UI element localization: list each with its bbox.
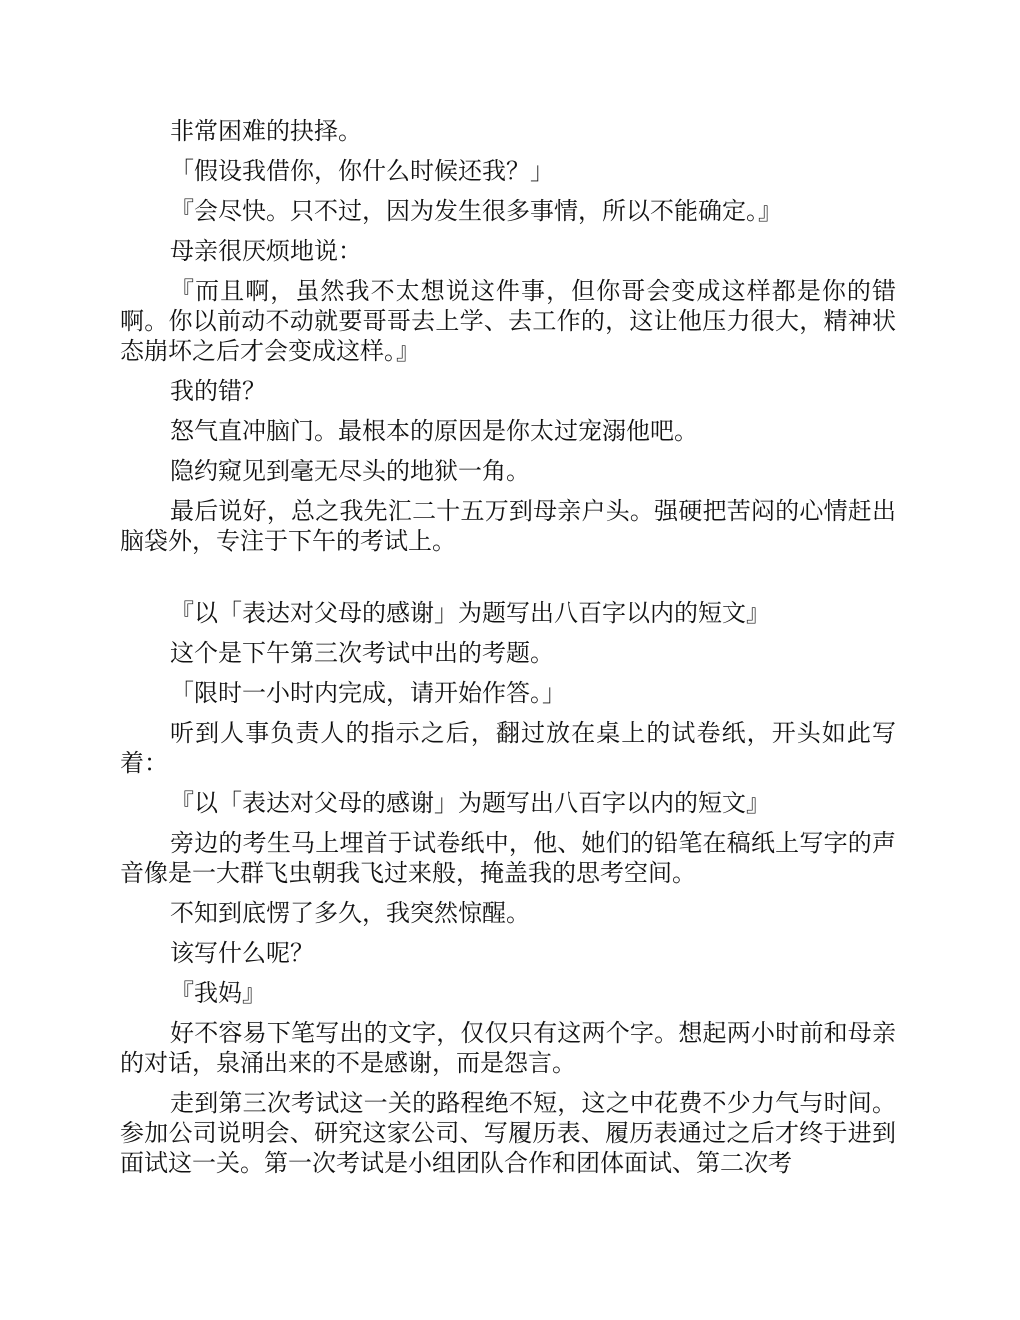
- paragraph: 我的错？: [120, 376, 896, 406]
- paragraph: 『以「表达对父母的感谢」为题写出八百字以内的短文』: [120, 598, 896, 628]
- paragraph: 走到第三次考试这一关的路程绝不短，这之中花费不少力气与时间。参加公司说明会、研究…: [120, 1088, 896, 1178]
- paragraph: 该写什么呢？: [120, 938, 896, 968]
- paragraph: 非常困难的抉择。: [120, 116, 896, 146]
- paragraph: 不知到底愣了多久，我突然惊醒。: [120, 898, 896, 928]
- paragraph: 「限时一小时内完成，请开始作答。」: [120, 678, 896, 708]
- paragraph: 「假设我借你，你什么时候还我？」: [120, 156, 896, 186]
- paragraph: 『而且啊，虽然我不太想说这件事，但你哥会变成这样都是你的错啊。你以前动不动就要哥…: [120, 276, 896, 366]
- paragraph: 『以「表达对父母的感谢」为题写出八百字以内的短文』: [120, 788, 896, 818]
- paragraph: 母亲很厌烦地说：: [120, 236, 896, 266]
- document-page: 非常困难的抉择。 「假设我借你，你什么时候还我？」 『会尽快。只不过，因为发生很…: [120, 116, 896, 1188]
- paragraph: 这个是下午第三次考试中出的考题。: [120, 638, 896, 668]
- paragraph: 隐约窥见到毫无尽头的地狱一角。: [120, 456, 896, 486]
- paragraph: 『我妈』: [120, 978, 896, 1008]
- paragraph: 『会尽快。只不过，因为发生很多事情，所以不能确定。』: [120, 196, 896, 226]
- section-break: [120, 566, 896, 598]
- paragraph: 怒气直冲脑门。最根本的原因是你太过宠溺他吧。: [120, 416, 896, 446]
- paragraph: 好不容易下笔写出的文字，仅仅只有这两个字。想起两小时前和母亲的对话，泉涌出来的不…: [120, 1018, 896, 1078]
- paragraph: 听到人事负责人的指示之后，翻过放在桌上的试卷纸，开头如此写着：: [120, 718, 896, 778]
- paragraph: 旁边的考生马上埋首于试卷纸中，他、她们的铅笔在稿纸上写字的声音像是一大群飞虫朝我…: [120, 828, 896, 888]
- paragraph: 最后说好，总之我先汇二十五万到母亲户头。强硬把苦闷的心情赶出脑袋外，专注于下午的…: [120, 496, 896, 556]
